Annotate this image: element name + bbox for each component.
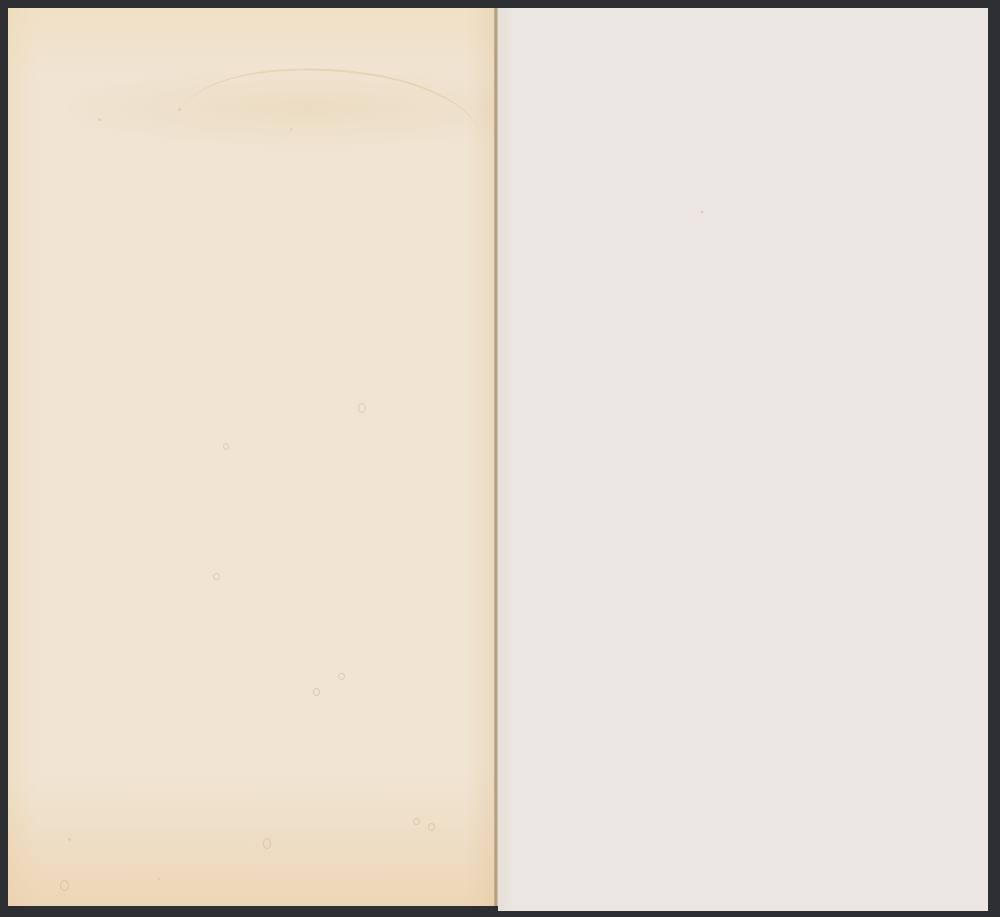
- left-page: [8, 8, 495, 906]
- foxing-spot: [358, 403, 366, 413]
- foxing-spot: [98, 118, 101, 121]
- foxing-spot: [290, 128, 292, 131]
- right-page: [498, 8, 988, 911]
- foxing-spot: [223, 443, 229, 450]
- foxing-spot: [213, 573, 220, 580]
- foxing-spot: [178, 108, 181, 111]
- foxing-spot: [338, 673, 345, 680]
- foxing-spot: [413, 818, 420, 825]
- foxing-spot: [60, 880, 69, 891]
- foxing-spot: [428, 823, 435, 831]
- water-stain: [171, 48, 485, 211]
- foxing-spot: [158, 878, 160, 880]
- foxing-spot: [701, 211, 703, 213]
- foxing-spot: [68, 838, 71, 841]
- foxing-spot: [263, 838, 271, 849]
- foxing-spot: [313, 688, 320, 696]
